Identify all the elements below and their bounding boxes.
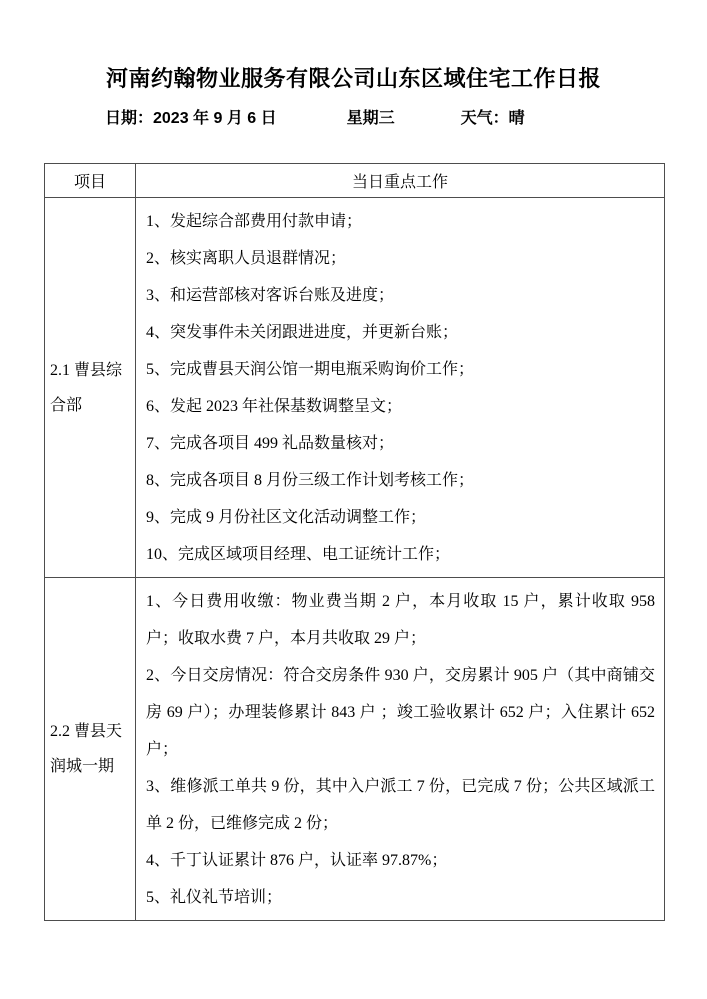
work-item: 5、礼仪礼节培训； (146, 879, 655, 916)
work-item: 9、完成 9 月份社区文化活动调整工作； (146, 499, 655, 536)
work-item: 7、完成各项目 499 礼品数量核对； (146, 425, 655, 462)
table-row: 2.2 曹县天润城一期 1、今日费用收缴：物业费当期 2 户，本月收取 15 户… (45, 578, 665, 921)
work-item: 4、突发事件未关闭跟进进度，并更新台账； (146, 314, 655, 351)
work-item: 6、发起 2023 年社保基数调整呈文； (146, 388, 655, 425)
work-item: 3、维修派工单共 9 份，其中入户派工 7 份，已完成 7 份；公共区域派工单 … (146, 768, 655, 842)
meta-line: 日期：2023 年 9 月 6 日星期三天气：晴 (0, 107, 707, 131)
project-name-cell: 2.2 曹县天润城一期 (45, 578, 136, 921)
work-item: 4、千丁认证累计 876 户，认证率 97.87%； (146, 842, 655, 879)
work-item: 2、核实离职人员退群情况； (146, 240, 655, 277)
work-item: 1、发起综合部费用付款申请； (146, 203, 655, 240)
document-title: 河南约翰物业服务有限公司山东区域住宅工作日报 (10, 64, 697, 93)
date-value: 日期：2023 年 9 月 6 日 (105, 110, 277, 127)
table-row: 2.1 曹县综合部 1、发起综合部费用付款申请； 2、核实离职人员退群情况； 3… (45, 198, 665, 578)
work-item: 3、和运营部核对客诉台账及进度； (146, 277, 655, 314)
work-items-cell: 1、今日费用收缴：物业费当期 2 户，本月收取 15 户，累计收取 958 户；… (136, 578, 665, 921)
document-page: 河南约翰物业服务有限公司山东区域住宅工作日报 日期：2023 年 9 月 6 日… (0, 64, 707, 131)
weather-value: 天气：晴 (461, 110, 525, 127)
work-item: 1、今日费用收缴：物业费当期 2 户，本月收取 15 户，累计收取 958 户；… (146, 583, 655, 657)
column-header-project: 项目 (45, 164, 136, 198)
column-header-work: 当日重点工作 (136, 164, 665, 198)
project-name-cell: 2.1 曹县综合部 (45, 198, 136, 578)
work-items-cell: 1、发起综合部费用付款申请； 2、核实离职人员退群情况； 3、和运营部核对客诉台… (136, 198, 665, 578)
work-item: 8、完成各项目 8 月份三级工作计划考核工作； (146, 462, 655, 499)
work-item: 5、完成曹县天润公馆一期电瓶采购询价工作； (146, 351, 655, 388)
work-item: 10、完成区域项目经理、电工证统计工作； (146, 536, 655, 573)
weekday-value: 星期三 (347, 110, 395, 127)
report-table: 项目 当日重点工作 2.1 曹县综合部 1、发起综合部费用付款申请； 2、核实离… (44, 163, 665, 921)
work-item: 2、今日交房情况：符合交房条件 930 户，交房累计 905 户（其中商铺交房 … (146, 657, 655, 768)
table-header-row: 项目 当日重点工作 (45, 164, 665, 198)
